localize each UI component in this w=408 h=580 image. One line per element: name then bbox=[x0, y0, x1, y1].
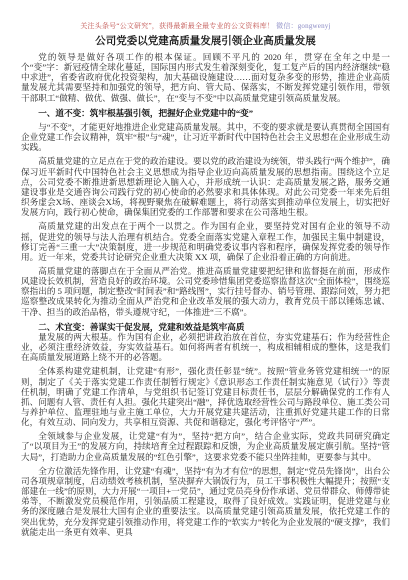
section-2-paragraph-2: 全体系构建党建机制，让党建“有形”，强化责任彰显“统”。按照“管业务管党建相统一… bbox=[21, 366, 390, 427]
watermark-line: 关注头条号“公文研究”，获得最新最全最专业的公文资料库！ 微信：gongweny… bbox=[21, 22, 390, 31]
watermark-wechat-id: 微信：gongwenyj bbox=[276, 22, 331, 30]
section-1-paragraph-4: 高质量党建的落脚点在于全面从严治党。推进高质量党建要把纪律和监督挺在前面，形成作… bbox=[21, 266, 390, 317]
section-1-paragraph-3: 高质量党建的出发点在于两个一以贯之。作为国有企业，要坚持党对国有企业的领导不动摇… bbox=[21, 221, 390, 262]
section-1-paragraph-2: 高质量党建的立足点在于党的政治建设。要以党的政治建设为统领，带头践行“两个维护”… bbox=[21, 156, 390, 217]
section-1-heading: 一、道不变：筑牢根基强引领，把握好企业党建中的“变” bbox=[21, 108, 390, 118]
section-2-paragraph-4: 全方位激活先锋作用，让党建“有魂”，坚持“有为才有位”的思想，制定“党员先锋岗”… bbox=[21, 466, 390, 537]
section-2-paragraph-3: 全领域参与企业发展，让党建“有为”，坚持“把方向”，结合企业实际，党政共同研究确… bbox=[21, 431, 390, 461]
section-2-paragraph-1: 量发展的两大根基。作为国有企业，必须把讲政治放在首位，夯实党建基石；作为经营性企… bbox=[21, 332, 390, 362]
page-title: 公司党委以党建高质量发展引领企业高质量发展 bbox=[21, 35, 390, 48]
watermark-text: 关注头条号“公文研究”，获得最新最全最专业的公文资料库！ bbox=[80, 22, 274, 30]
document-body: 党的领导是做好各项工作的根本保证。回顾不平凡的 2020 年，贯穿在全年之中是一… bbox=[21, 52, 390, 537]
section-1-paragraph-1: 与“不变”，才能更好地推进企业党建高质量发展。其中，不变的要求就是要认真贯彻全国… bbox=[21, 122, 390, 152]
paragraph-intro: 党的领导是做好各项工作的根本保证。回顾不平凡的 2020 年，贯穿在全年之中是一… bbox=[21, 52, 390, 103]
section-2-heading: 二、术宜变：善谋实干促发展，党建和效益是筑牢高质 bbox=[21, 322, 390, 332]
document-page: 关注头条号“公文研究”，获得最新最全最专业的公文资料库！ 微信：gongweny… bbox=[0, 0, 408, 580]
